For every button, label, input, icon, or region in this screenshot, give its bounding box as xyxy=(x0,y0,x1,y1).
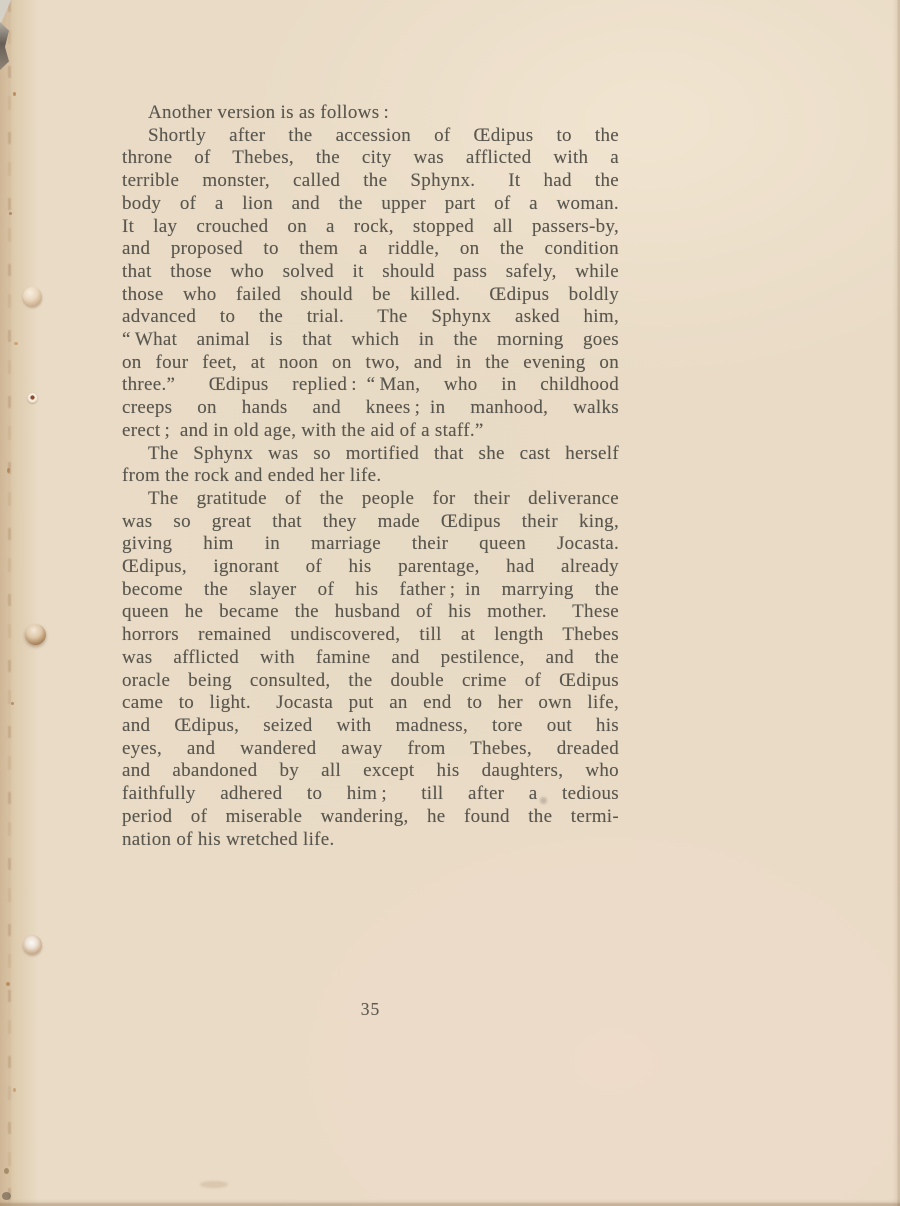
text-line: The gratitude of the people for their de… xyxy=(122,488,619,511)
pin-hole-dot xyxy=(27,392,38,403)
text-line: horrors remained undiscovered, till at l… xyxy=(122,624,619,647)
text-block: Another version is as follows :Shortly a… xyxy=(122,102,619,851)
text-line: period of miserable wandering, he found … xyxy=(122,806,619,829)
text-line: came to light. Jocasta put an end to her… xyxy=(122,692,619,715)
paper-fastener-grommet xyxy=(23,935,42,954)
text-line: throne of Thebes, the city was afflicted… xyxy=(122,147,619,170)
page-right-edge-shadow xyxy=(892,0,900,1206)
foxing-speck xyxy=(11,702,14,705)
text-line: queen he became the husband of his mothe… xyxy=(122,601,619,624)
foxing-speck xyxy=(14,342,18,345)
binding-crease-line xyxy=(8,0,11,1206)
binding-edge-shading xyxy=(0,0,38,1206)
text-line: terrible monster, called the Sphynx. It … xyxy=(122,170,619,193)
paragraph: The gratitude of the people for their de… xyxy=(122,488,619,851)
text-line: was afflicted with famine and pestilence… xyxy=(122,647,619,670)
paper-fastener-grommet xyxy=(25,624,46,645)
text-line: “ What animal is that which in the morni… xyxy=(122,329,619,352)
paragraph: Shortly after the accession of Œdipus to… xyxy=(122,125,619,443)
text-line: body of a lion and the upper part of a w… xyxy=(122,193,619,216)
paragraph: Another version is as follows : xyxy=(122,102,619,125)
text-line: Another version is as follows : xyxy=(122,102,619,125)
text-line: The Sphynx was so mortified that she cas… xyxy=(122,443,619,466)
foxing-speck xyxy=(13,1088,16,1092)
text-line: Œdipus, ignorant of his parentage, had a… xyxy=(122,556,619,579)
text-line: and proposed to them a riddle, on the co… xyxy=(122,238,619,261)
text-line: those who failed should be killed. Œdipu… xyxy=(122,284,619,307)
paper-fastener-grommet xyxy=(23,287,42,306)
text-line: oracle being consulted, the double crime… xyxy=(122,670,619,693)
text-line: nation of his wretched life. xyxy=(122,829,619,852)
text-line: Shortly after the accession of Œdipus to… xyxy=(122,125,619,148)
foxing-speck xyxy=(13,92,16,96)
text-line: erect ; and in old age, with the aid of … xyxy=(122,420,619,443)
text-line: that those who solved it should pass saf… xyxy=(122,261,619,284)
book-page-scan: Another version is as follows :Shortly a… xyxy=(0,0,900,1206)
page-bottom-edge-shadow xyxy=(0,1199,900,1206)
text-line: faithfully adhered to him ; till after a… xyxy=(122,783,619,806)
text-line: creeps on hands and knees ; in manhood, … xyxy=(122,397,619,420)
foxing-speck xyxy=(6,982,10,986)
smudge-mark xyxy=(200,1181,228,1188)
text-line: become the slayer of his father ; in mar… xyxy=(122,579,619,602)
foxing-speck xyxy=(4,1168,9,1174)
text-line: three.” Œdipus replied : “ Man, who in c… xyxy=(122,374,619,397)
text-line: It lay crouched on a rock, stopped all p… xyxy=(122,216,619,239)
text-line: and abandoned by all except his daughter… xyxy=(122,760,619,783)
foxing-speck xyxy=(7,468,10,473)
text-line: giving him in marriage their queen Jocas… xyxy=(122,533,619,556)
text-line: advanced to the trial. The Sphynx asked … xyxy=(122,306,619,329)
text-line: on four feet, at noon on two, and in the… xyxy=(122,352,619,375)
paragraph: The Sphynx was so mortified that she cas… xyxy=(122,443,619,488)
text-line: eyes, and wandered away from Thebes, dre… xyxy=(122,738,619,761)
text-line: and Œdipus, seized with madness, tore ou… xyxy=(122,715,619,738)
foxing-speck xyxy=(9,212,12,215)
page-number: 35 xyxy=(122,999,619,1020)
text-line: was so great that they made Œdipus their… xyxy=(122,511,619,534)
text-line: from the rock and ended her life. xyxy=(122,465,619,488)
